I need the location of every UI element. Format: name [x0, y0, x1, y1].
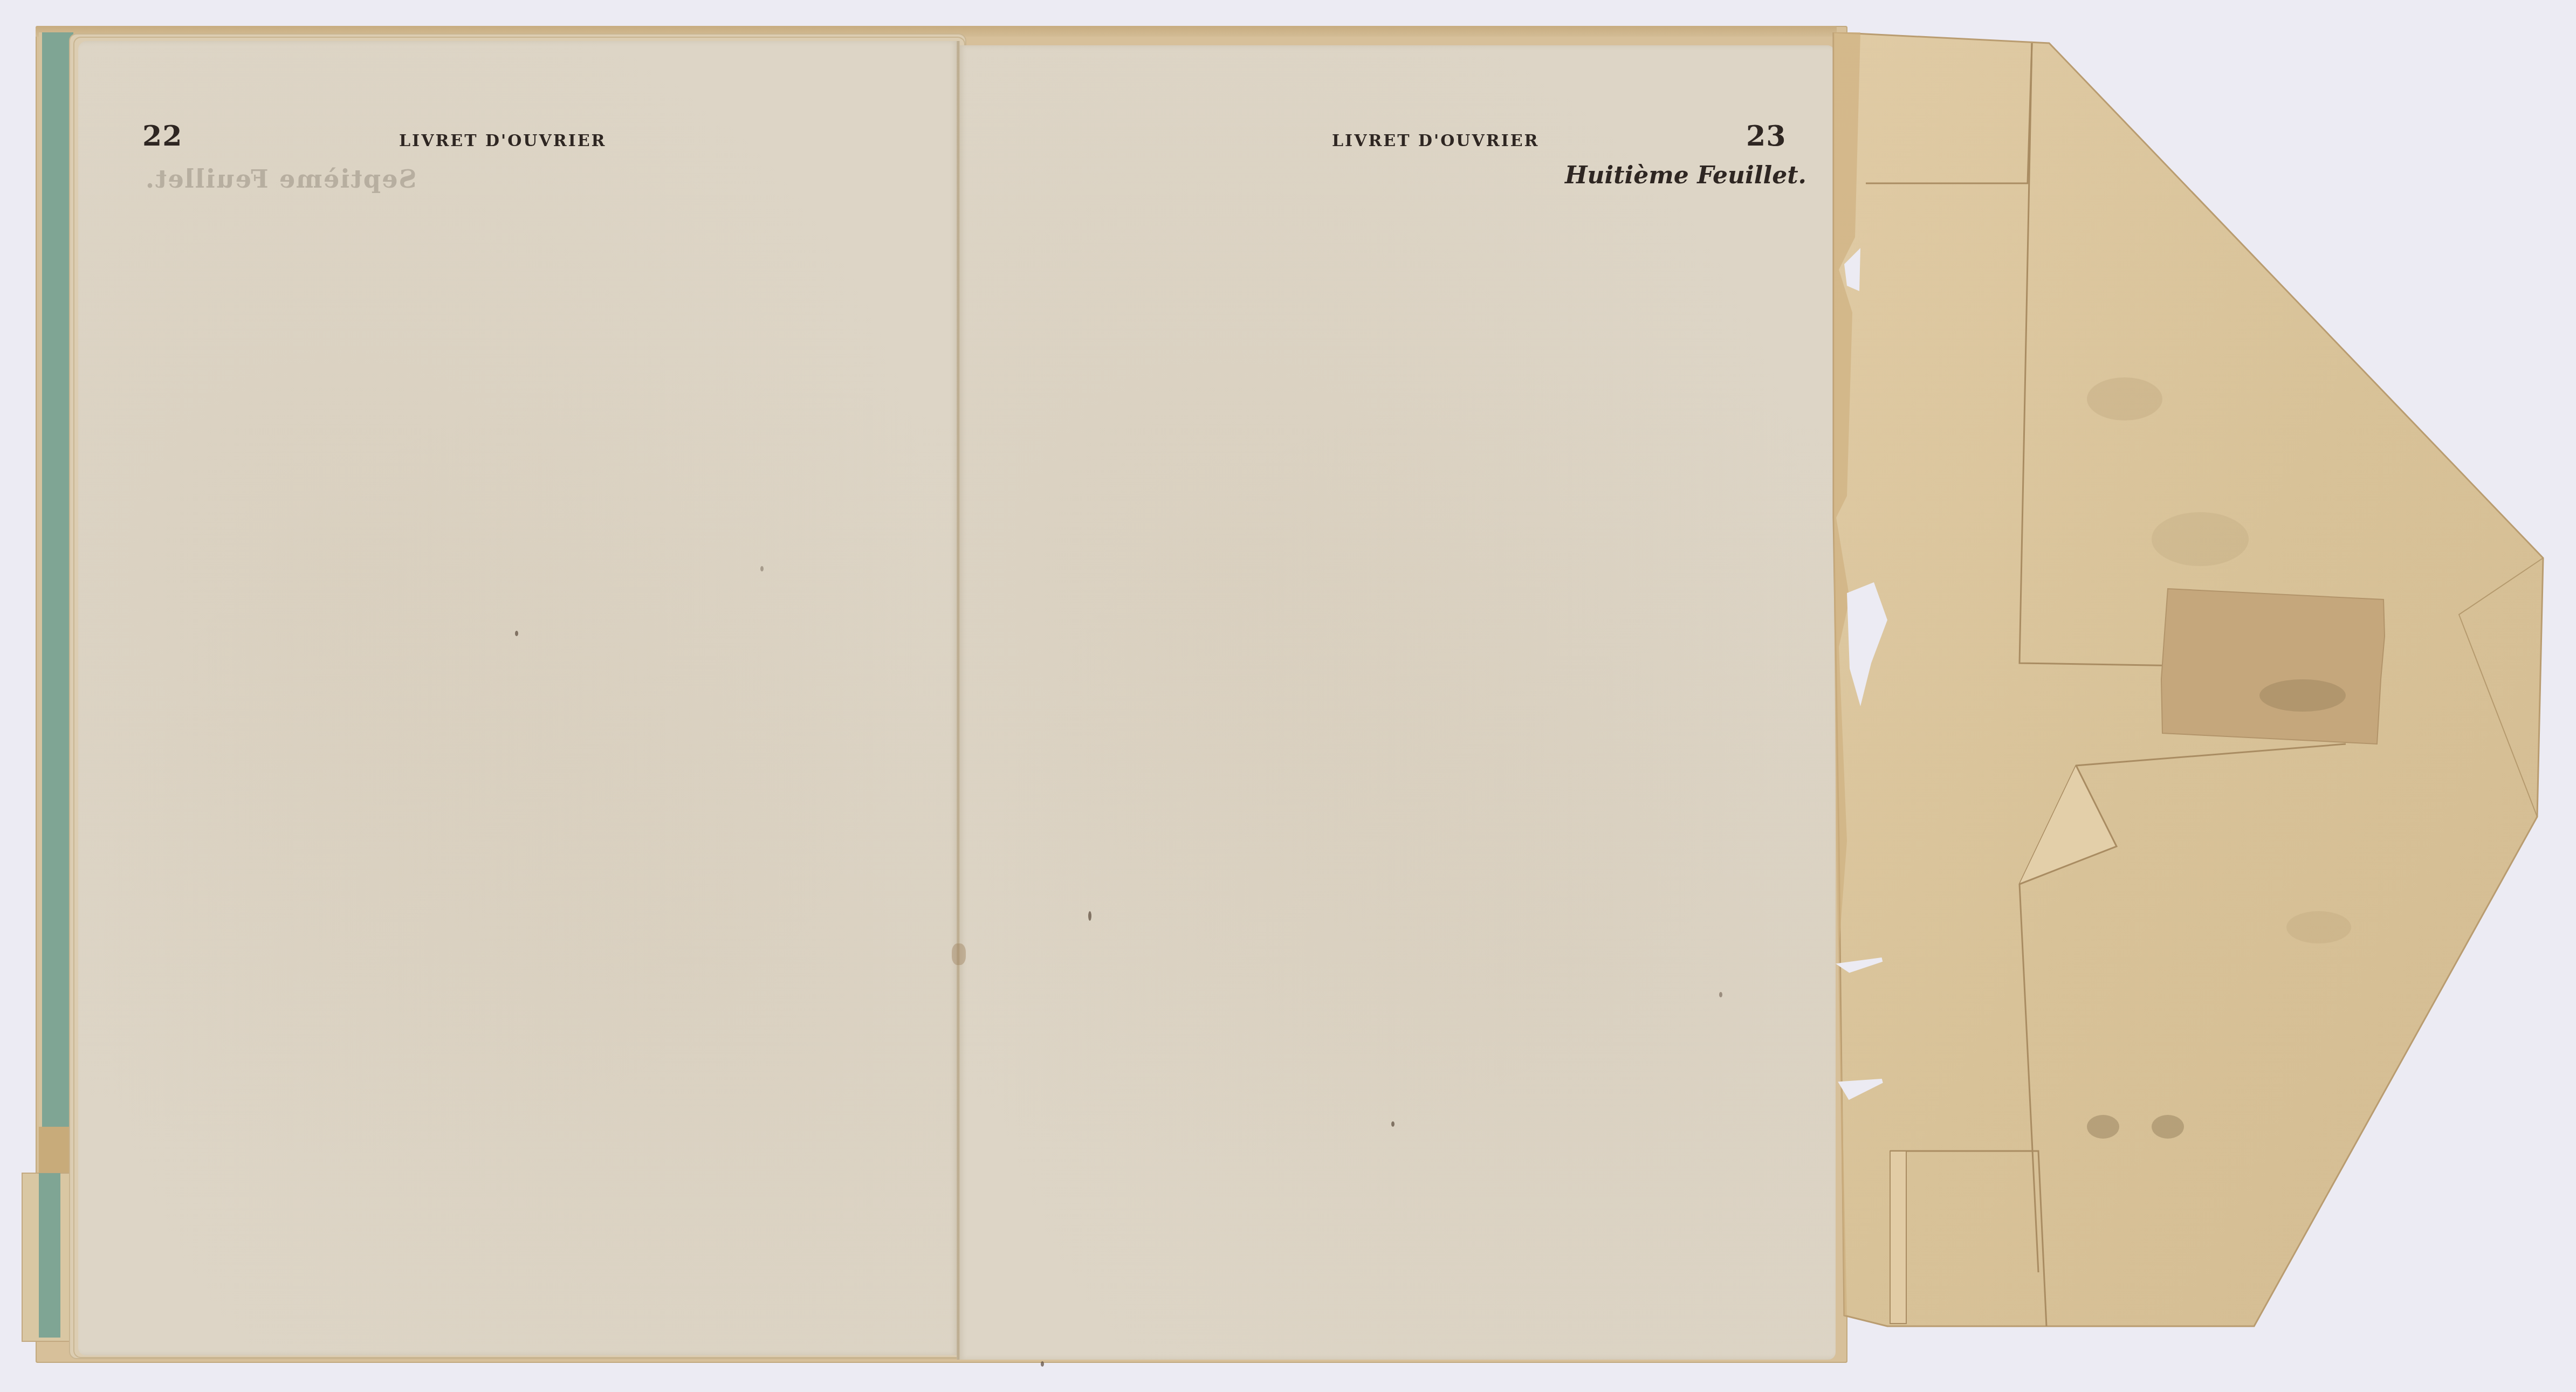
ink-speck — [1719, 992, 1722, 997]
gutter-stain — [952, 943, 966, 965]
ink-speck — [515, 631, 518, 636]
ink-speck — [1391, 1121, 1395, 1127]
center-gutter — [957, 41, 960, 1360]
bleed-through-text: Septième Feuillet. — [145, 164, 416, 194]
running-head-left: LIVRET D'OUVRIER — [399, 132, 607, 150]
folded-envelope — [1823, 32, 2572, 1364]
tape-patch — [2161, 589, 2385, 744]
page-number-left: 22 — [142, 120, 182, 153]
spine-lower-flap-green — [39, 1173, 60, 1338]
ink-speck — [1088, 911, 1091, 921]
rolled-edge — [1890, 1151, 1906, 1324]
right-page — [959, 45, 1836, 1360]
page-number-right: 23 — [1746, 120, 1786, 153]
running-head-right: LIVRET D'OUVRIER — [1332, 132, 1540, 150]
tape-faded-marks — [2259, 679, 2346, 712]
ink-speck — [1041, 1361, 1044, 1367]
section-title: Huitième Feuillet. — [1565, 162, 1806, 189]
ink-speck — [760, 566, 764, 571]
left-page — [78, 41, 958, 1355]
spine-worn-patch — [39, 1127, 70, 1175]
